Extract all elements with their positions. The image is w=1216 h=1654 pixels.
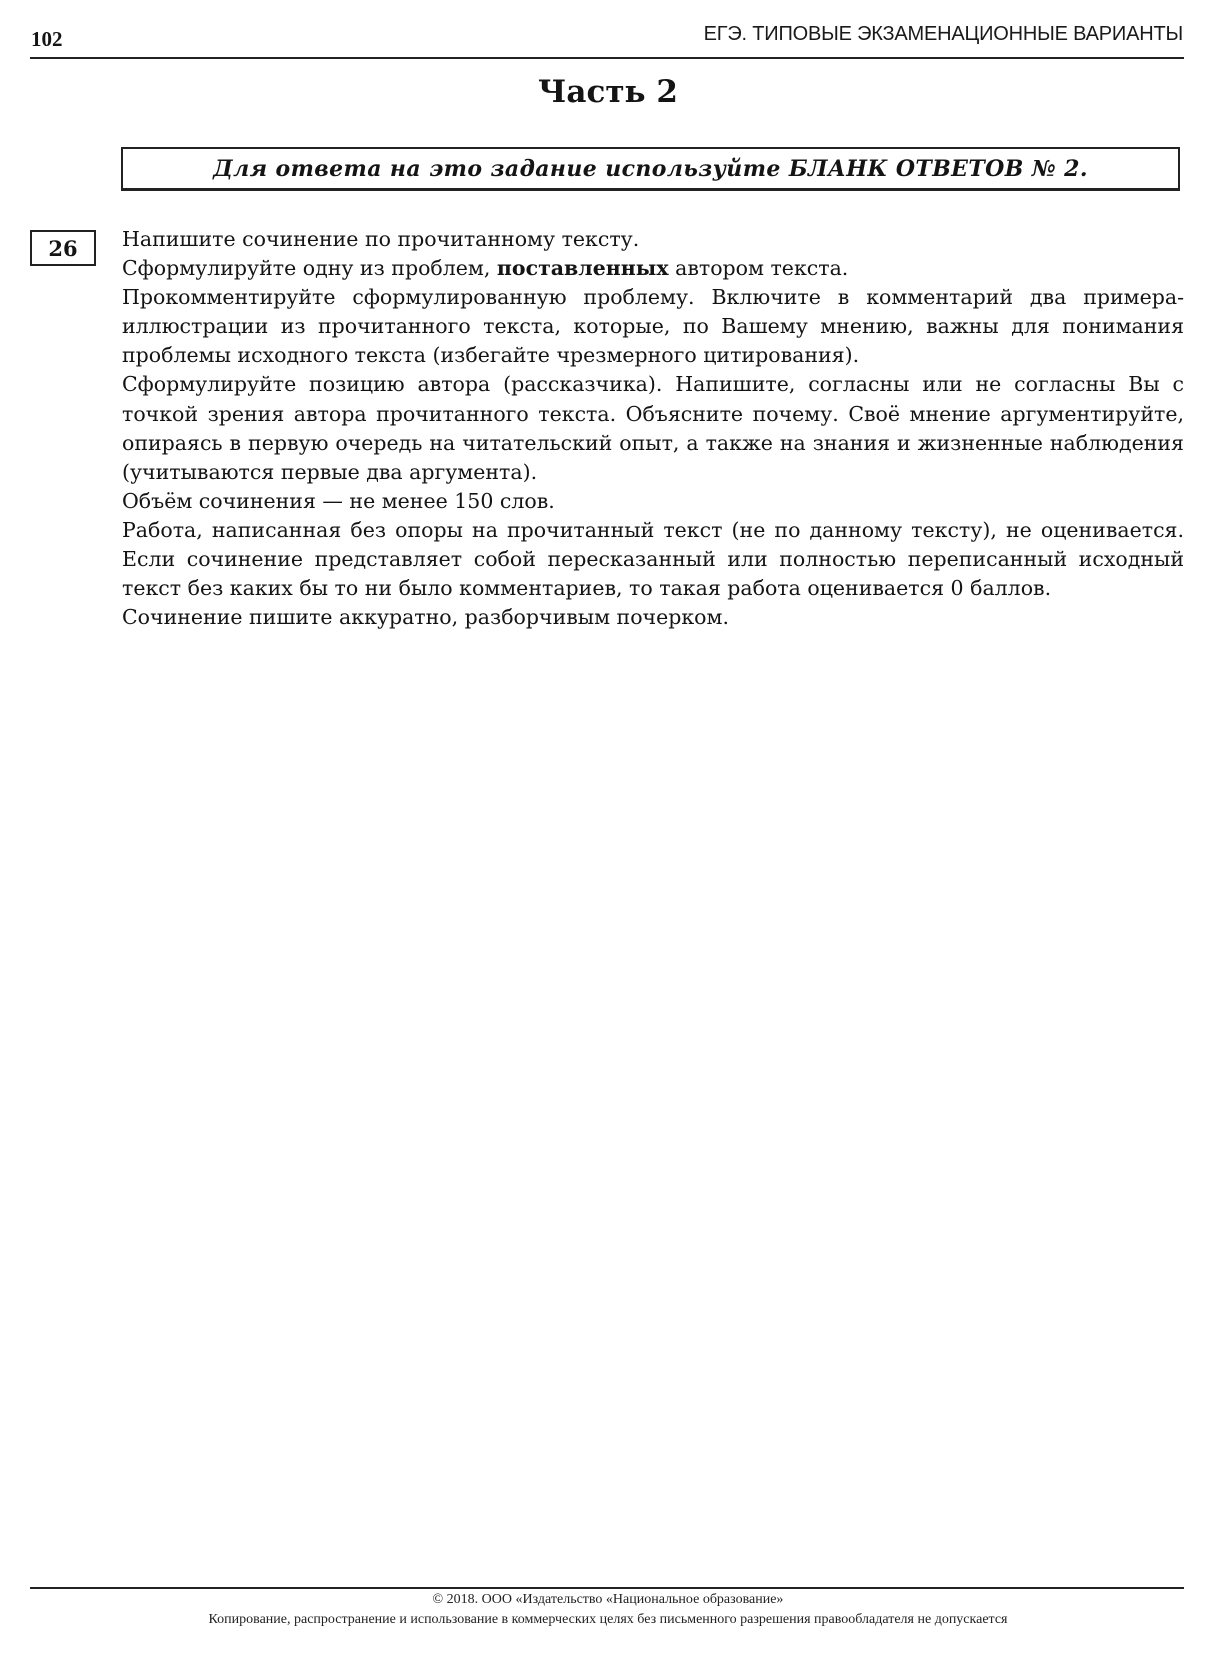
task-number: 26: [48, 236, 77, 261]
task-paragraph: Прокомментируйте сформулированную пробле…: [122, 283, 1184, 370]
header-divider: [30, 57, 1184, 59]
task-text-fragment: Сформулируйте одну из проблем,: [122, 256, 497, 280]
running-head: ЕГЭ. ТИПОВЫЕ ЭКЗАМЕНАЦИОННЫЕ ВАРИАНТЫ: [704, 23, 1183, 46]
footer-divider: [30, 1587, 1184, 1589]
task-paragraph: Объём сочинения — не менее 150 слов.: [122, 487, 1184, 516]
instruction-text: Для ответа на это задание используйте БЛ…: [213, 156, 1088, 182]
task-text: Напишите сочинение по прочитанному текст…: [122, 225, 1184, 632]
task-paragraph: Напишите сочинение по прочитанному текст…: [122, 225, 1184, 254]
task-paragraph: Сформулируйте позицию автора (рассказчик…: [122, 370, 1184, 486]
rights-notice: Копирование, распространение и использов…: [0, 1612, 1216, 1628]
task-paragraph: Сочинение пишите аккуратно, разборчивым …: [122, 603, 1184, 632]
task-paragraph: Работа, написанная без опоры на прочитан…: [122, 516, 1184, 603]
part-title: Часть 2: [0, 74, 1216, 110]
task-text-fragment: автором текста.: [669, 256, 849, 280]
task-paragraph: Сформулируйте одну из проблем, поставлен…: [122, 254, 1184, 283]
task-number-box: 26: [30, 230, 96, 266]
copyright-notice: © 2018. ООО «Издательство «Национальное …: [0, 1592, 1216, 1608]
answer-sheet-instruction: Для ответа на это задание используйте БЛ…: [121, 147, 1180, 191]
task-text-emphasis: поставленных: [497, 256, 669, 280]
page-number: 102: [31, 27, 63, 52]
